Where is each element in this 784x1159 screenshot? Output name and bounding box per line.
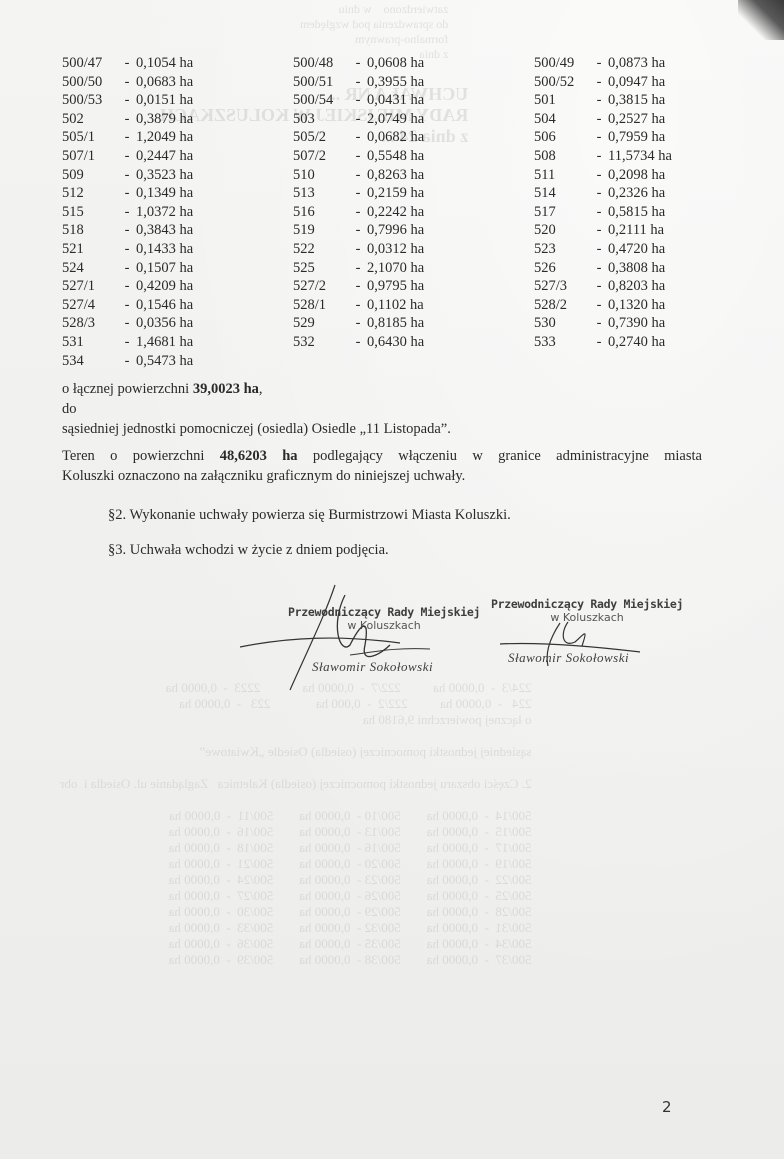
parcel-number: 500/53: [62, 91, 120, 110]
separator: -: [120, 314, 134, 333]
parcel-row: 500/47-0,1054 ha: [62, 54, 193, 73]
parcel-row: 511-0,2098 ha: [534, 166, 672, 185]
parcel-row: 502-0,3879 ha: [62, 110, 193, 129]
parcel-area: 0,0873 ha: [606, 54, 665, 73]
parcel-area: 0,7959 ha: [606, 128, 665, 147]
parcel-number: 520: [534, 221, 592, 240]
parcel-row: 512-0,1349 ha: [62, 184, 193, 203]
parcel-row: 514-0,2326 ha: [534, 184, 672, 203]
separator: -: [120, 240, 134, 259]
parcel-number: 518: [62, 221, 120, 240]
area-paragraph: Teren o powierzchni 48,6203 ha podlegają…: [62, 446, 702, 486]
total-area-line: o łącznej powierzchni 39,0023 ha,: [62, 380, 263, 399]
parcel-number: 516: [293, 203, 351, 222]
parcel-area: 0,3879 ha: [134, 110, 193, 129]
parcel-area: 0,3523 ha: [134, 166, 193, 185]
parcel-column-3: 500/49-0,0873 ha500/52-0,0947 ha501-0,38…: [534, 54, 672, 352]
separator: -: [120, 184, 134, 203]
parcel-area: 0,2326 ha: [606, 184, 665, 203]
parcel-number: 521: [62, 240, 120, 259]
section-2-mark: §2: [108, 507, 123, 523]
parcel-area: 0,0608 ha: [365, 54, 424, 73]
parcel-number: 500/50: [62, 73, 120, 92]
parcel-area: 0,5473 ha: [134, 352, 193, 371]
area-paragraph-line-2: Koluszki oznaczono na załączniku graficz…: [62, 468, 465, 484]
parcel-area: 0,4209 ha: [134, 277, 193, 296]
parcel-number: 505/2: [293, 128, 351, 147]
parcel-row: 532-0,6430 ha: [293, 333, 424, 352]
parcel-row: 527/1-0,4209 ha: [62, 277, 193, 296]
stamp-name: Sławomir Sokołowski: [508, 650, 629, 666]
separator: -: [120, 277, 134, 296]
parcel-area: 0,3955 ha: [365, 73, 424, 92]
area-prefix: Teren o powierzchni: [62, 448, 220, 464]
parcel-number: 528/1: [293, 296, 351, 315]
separator: -: [351, 54, 365, 73]
parcel-number: 501: [534, 91, 592, 110]
separator: -: [120, 73, 134, 92]
parcel-row: 507/2-0,5548 ha: [293, 147, 424, 166]
total-prefix: o łącznej powierzchni: [62, 381, 193, 397]
parcel-row: 510-0,8263 ha: [293, 166, 424, 185]
separator: -: [120, 54, 134, 73]
parcel-number: 500/48: [293, 54, 351, 73]
separator: -: [351, 147, 365, 166]
parcel-area: 0,8185 ha: [365, 314, 424, 333]
parcel-area: 1,2049 ha: [134, 128, 193, 147]
parcel-row: 527/2-0,9795 ha: [293, 277, 424, 296]
separator: -: [592, 221, 606, 240]
section-3-text: . Uchwała wchodzi w życie z dniem podjęc…: [123, 542, 389, 558]
separator: -: [120, 333, 134, 352]
area-value: 48,6203 ha: [220, 448, 298, 464]
parcel-row: 518-0,3843 ha: [62, 221, 193, 240]
parcel-area: 0,2447 ha: [134, 147, 193, 166]
separator: -: [120, 166, 134, 185]
separator: -: [351, 166, 365, 185]
separator: -: [120, 259, 134, 278]
parcel-number: 522: [293, 240, 351, 259]
parcel-row: 523-0,4720 ha: [534, 240, 672, 259]
parcel-row: 503-2,0749 ha: [293, 110, 424, 129]
separator: -: [592, 333, 606, 352]
parcel-row: 531-1,4681 ha: [62, 333, 193, 352]
to-line: do: [62, 400, 77, 419]
parcel-number: 503: [293, 110, 351, 129]
parcel-row: 513-0,2159 ha: [293, 184, 424, 203]
parcel-number: 512: [62, 184, 120, 203]
parcel-row: 509-0,3523 ha: [62, 166, 193, 185]
parcel-area: 2,0749 ha: [365, 110, 424, 129]
parcel-number: 510: [293, 166, 351, 185]
parcel-area: 0,8203 ha: [606, 277, 665, 296]
parcel-row: 515-1,0372 ha: [62, 203, 193, 222]
parcel-area: 0,5815 ha: [606, 203, 665, 222]
parcel-area: 2,1070 ha: [365, 259, 424, 278]
parcel-row: 534-0,5473 ha: [62, 352, 193, 371]
separator: -: [351, 73, 365, 92]
parcel-number: 515: [62, 203, 120, 222]
parcel-area: 0,3815 ha: [606, 91, 665, 110]
separator: -: [592, 277, 606, 296]
parcel-row: 501-0,3815 ha: [534, 91, 672, 110]
separator: -: [351, 91, 365, 110]
section-3: §3. Uchwała wchodzi w życie z dniem podj…: [108, 541, 389, 560]
separator: -: [592, 203, 606, 222]
parcel-row: 521-0,1433 ha: [62, 240, 193, 259]
parcel-row: 530-0,7390 ha: [534, 314, 672, 333]
parcel-number: 523: [534, 240, 592, 259]
parcel-row: 500/53-0,0151 ha: [62, 91, 193, 110]
parcel-area: 0,1433 ha: [134, 240, 193, 259]
parcel-row: 507/1-0,2447 ha: [62, 147, 193, 166]
area-line1-rest: podlegający włączeniu w granice administ…: [298, 448, 702, 464]
separator: -: [120, 91, 134, 110]
separator: -: [592, 296, 606, 315]
separator: -: [120, 128, 134, 147]
separator: -: [592, 184, 606, 203]
parcel-area: 0,1102 ha: [365, 296, 424, 315]
separator: -: [351, 277, 365, 296]
parcel-area: 0,1546 ha: [134, 296, 193, 315]
separator: -: [592, 147, 606, 166]
bleed-through: zatwierdzono w dniu do sprawdzenia pod w…: [300, 2, 448, 62]
section-2: §2. Wykonanie uchwały powierza się Burmi…: [108, 506, 511, 525]
parcel-row: 504-0,2527 ha: [534, 110, 672, 129]
parcel-area: 0,6430 ha: [365, 333, 424, 352]
separator: -: [351, 259, 365, 278]
parcel-area: 1,0372 ha: [134, 203, 193, 222]
parcel-number: 532: [293, 333, 351, 352]
parcel-area: 0,0356 ha: [134, 314, 193, 333]
parcel-row: 524-0,1507 ha: [62, 259, 193, 278]
parcel-area: 0,1507 ha: [134, 259, 193, 278]
section-3-mark: §3: [108, 542, 123, 558]
parcel-number: 506: [534, 128, 592, 147]
parcel-number: 505/1: [62, 128, 120, 147]
parcel-row: 529-0,8185 ha: [293, 314, 424, 333]
parcel-row: 533-0,2740 ha: [534, 333, 672, 352]
separator: -: [351, 296, 365, 315]
separator: -: [592, 110, 606, 129]
parcel-number: 507/2: [293, 147, 351, 166]
parcel-area: 0,2159 ha: [365, 184, 424, 203]
chairman-stamp-2-name: Sławomir Sokołowski: [508, 650, 629, 666]
parcel-row: 525-2,1070 ha: [293, 259, 424, 278]
parcel-area: 0,7996 ha: [365, 221, 424, 240]
total-suffix: ,: [259, 381, 263, 397]
parcel-number: 527/2: [293, 277, 351, 296]
parcel-row: 517-0,5815 ha: [534, 203, 672, 222]
parcel-row: 500/51-0,3955 ha: [293, 73, 424, 92]
parcel-number: 524: [62, 259, 120, 278]
separator: -: [351, 240, 365, 259]
parcel-number: 528/2: [534, 296, 592, 315]
parcel-number: 531: [62, 333, 120, 352]
parcel-row: 500/54-0,0431 ha: [293, 91, 424, 110]
parcel-number: 500/52: [534, 73, 592, 92]
parcel-row: 506-0,7959 ha: [534, 128, 672, 147]
parcel-area: 0,1349 ha: [134, 184, 193, 203]
parcel-row: 508-11,5734 ha: [534, 147, 672, 166]
parcel-row: 500/50-0,0683 ha: [62, 73, 193, 92]
separator: -: [592, 259, 606, 278]
parcel-area: 11,5734 ha: [606, 147, 672, 166]
parcel-number: 529: [293, 314, 351, 333]
parcel-area: 0,2111 ha: [606, 221, 664, 240]
parcel-number: 502: [62, 110, 120, 129]
parcel-number: 528/3: [62, 314, 120, 333]
page-number: 2: [662, 1098, 672, 1116]
parcel-number: 527/1: [62, 277, 120, 296]
parcel-number: 500/47: [62, 54, 120, 73]
parcel-number: 526: [534, 259, 592, 278]
separator: -: [592, 166, 606, 185]
parcel-number: 504: [534, 110, 592, 129]
parcel-number: 525: [293, 259, 351, 278]
parcel-row: 527/3-0,8203 ha: [534, 277, 672, 296]
parcel-area: 0,0947 ha: [606, 73, 665, 92]
parcel-area: 0,3808 ha: [606, 259, 665, 278]
parcel-area: 0,0683 ha: [134, 73, 193, 92]
separator: -: [120, 203, 134, 222]
separator: -: [592, 91, 606, 110]
parcel-row: 522-0,0312 ha: [293, 240, 424, 259]
separator: -: [120, 352, 134, 371]
parcel-area: 1,4681 ha: [134, 333, 193, 352]
parcel-area: 0,5548 ha: [365, 147, 424, 166]
total-value: 39,0023 ha: [193, 381, 259, 397]
parcel-area: 0,2527 ha: [606, 110, 665, 129]
parcel-row: 500/48-0,0608 ha: [293, 54, 424, 73]
parcel-area: 0,4720 ha: [606, 240, 665, 259]
parcel-row: 528/3-0,0356 ha: [62, 314, 193, 333]
parcel-area: 0,0431 ha: [365, 91, 424, 110]
target-unit-line: sąsiedniej jednostki pomocniczej (osiedl…: [62, 420, 451, 439]
separator: -: [351, 314, 365, 333]
separator: -: [592, 240, 606, 259]
parcel-number: 514: [534, 184, 592, 203]
separator: -: [120, 296, 134, 315]
section-2-text: . Wykonanie uchwały powierza się Burmist…: [123, 507, 511, 523]
parcel-row: 500/52-0,0947 ha: [534, 73, 672, 92]
separator: -: [120, 147, 134, 166]
parcel-area: 0,8263 ha: [365, 166, 424, 185]
parcel-row: 527/4-0,1546 ha: [62, 296, 193, 315]
signature-1: [230, 585, 440, 695]
parcel-area: 0,9795 ha: [365, 277, 424, 296]
parcel-number: 527/4: [62, 296, 120, 315]
parcel-number: 517: [534, 203, 592, 222]
parcel-row: 505/2-0,0682 ha: [293, 128, 424, 147]
parcel-number: 530: [534, 314, 592, 333]
parcel-number: 500/51: [293, 73, 351, 92]
parcel-area: 0,0151 ha: [134, 91, 193, 110]
area-paragraph-line-1: Teren o powierzchni 48,6203 ha podlegają…: [62, 446, 702, 466]
parcel-row: 528/2-0,1320 ha: [534, 296, 672, 315]
parcel-area: 0,0312 ha: [365, 240, 424, 259]
parcel-number: 507/1: [62, 147, 120, 166]
separator: -: [120, 110, 134, 129]
scanned-page: zatwierdzono w dniu do sprawdzenia pod w…: [0, 0, 784, 1159]
parcel-number: 508: [534, 147, 592, 166]
scan-corner-shadow: [738, 0, 784, 40]
parcel-row: 528/1-0,1102 ha: [293, 296, 424, 315]
parcel-row: 520-0,2111 ha: [534, 221, 672, 240]
separator: -: [592, 128, 606, 147]
parcel-area: 0,0682 ha: [365, 128, 424, 147]
parcel-area: 0,7390 ha: [606, 314, 665, 333]
parcel-number: 519: [293, 221, 351, 240]
separator: -: [351, 110, 365, 129]
parcel-row: 519-0,7996 ha: [293, 221, 424, 240]
parcel-area: 0,2098 ha: [606, 166, 665, 185]
parcel-number: 527/3: [534, 277, 592, 296]
stamp-title: Przewodniczący Rady Miejskiej: [491, 597, 683, 611]
parcel-area: 0,3843 ha: [134, 221, 193, 240]
parcel-area: 0,1054 ha: [134, 54, 193, 73]
separator: -: [120, 221, 134, 240]
separator: -: [592, 54, 606, 73]
separator: -: [351, 128, 365, 147]
separator: -: [351, 333, 365, 352]
parcel-number: 500/54: [293, 91, 351, 110]
parcel-number: 534: [62, 352, 120, 371]
bleed-through: 224/3 - 0,0000 ha 222/7 - 0,0000 ha 2223…: [60, 680, 531, 968]
parcel-number: 533: [534, 333, 592, 352]
separator: -: [351, 203, 365, 222]
parcel-area: 0,2740 ha: [606, 333, 665, 352]
parcel-row: 500/49-0,0873 ha: [534, 54, 672, 73]
separator: -: [592, 73, 606, 92]
parcel-row: 526-0,3808 ha: [534, 259, 672, 278]
separator: -: [351, 221, 365, 240]
parcel-row: 516-0,2242 ha: [293, 203, 424, 222]
separator: -: [592, 314, 606, 333]
parcel-column-2: 500/48-0,0608 ha500/51-0,3955 ha500/54-0…: [293, 54, 424, 352]
parcel-area: 0,2242 ha: [365, 203, 424, 222]
parcel-number: 500/49: [534, 54, 592, 73]
parcel-number: 509: [62, 166, 120, 185]
parcel-number: 511: [534, 166, 592, 185]
parcel-column-1: 500/47-0,1054 ha500/50-0,0683 ha500/53-0…: [62, 54, 193, 370]
parcel-row: 505/1-1,2049 ha: [62, 128, 193, 147]
separator: -: [351, 184, 365, 203]
parcel-area: 0,1320 ha: [606, 296, 665, 315]
parcel-number: 513: [293, 184, 351, 203]
